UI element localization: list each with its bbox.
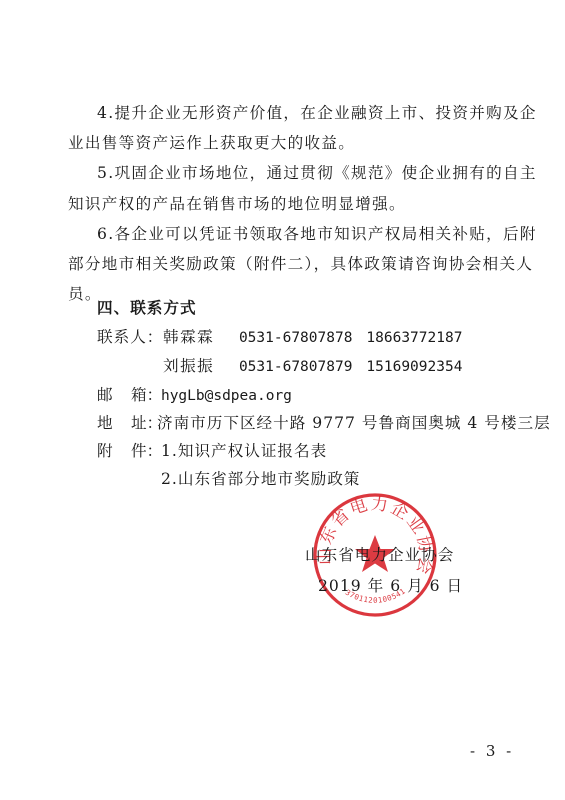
paragraph-5-line-1: 5.巩固企业市场地位，通过贯彻《规范》使企业拥有的自主 xyxy=(97,163,525,183)
contact-phone: 0531-67807878 xyxy=(239,328,353,348)
section-heading-contact: 四、联系方式 xyxy=(97,298,525,318)
email-row: 邮箱： hygLb@sdpea.org xyxy=(97,385,292,406)
contact-mobile: 18663772187 xyxy=(366,330,462,346)
attachments-label: 附件： xyxy=(97,441,155,461)
signature-date: 2019 年 6 月 6 日 xyxy=(318,574,463,596)
paragraph-6-line-2: 部分地市相关奖励政策（附件二），具体政策请咨询协会相关人 xyxy=(68,254,496,274)
email-value[interactable]: hygLb@sdpea.org xyxy=(161,388,292,404)
document-page: 4.提升企业无形资产价值，在企业融资上市、投资并购及企 业出售等资产运作上获取更… xyxy=(0,0,565,800)
paragraph-4-line-2: 业出售等资产运作上获取更大的收益。 xyxy=(68,133,496,153)
address-label: 地址： xyxy=(97,413,151,433)
paragraph-5-line-2: 知识产权的产品在销售市场的地位明显增强。 xyxy=(68,194,496,214)
address-value: 济南市历下区经十路 9777 号鲁商国奥城 4 号楼三层 xyxy=(157,414,551,432)
contacts-label: 联系人： xyxy=(97,327,157,347)
contact-name: 刘振振 xyxy=(163,356,233,376)
contact-phone: 0531-67807879 xyxy=(239,357,353,377)
contact-mobile: 15169092354 xyxy=(366,359,462,375)
paragraph-6-line-1: 6.各企业可以凭证书领取各地市知识产权局相关补贴，后附 xyxy=(97,224,525,244)
contact-row-1: 联系人： 韩霖霖 0531-67807878 18663772187 xyxy=(97,327,462,348)
attachment-item: 1.知识产权认证报名表 xyxy=(161,442,327,460)
attachment-item: 2.山东省部分地市奖励政策 xyxy=(161,470,360,488)
email-label: 邮箱： xyxy=(97,385,155,405)
attachments-row-2: 2.山东省部分地市奖励政策 xyxy=(97,469,360,489)
page-number: - 3 - xyxy=(470,742,514,760)
signature-organization: 山东省电力企业协会 xyxy=(305,543,454,565)
attachments-row: 附件： 1.知识产权认证报名表 xyxy=(97,441,327,461)
contact-row-2: 刘振振 0531-67807879 15169092354 xyxy=(97,356,462,377)
contact-name: 韩霖霖 xyxy=(163,327,233,347)
address-row: 地址： 济南市历下区经十路 9777 号鲁商国奥城 4 号楼三层 xyxy=(97,413,551,433)
paragraph-4-line-1: 4.提升企业无形资产价值，在企业融资上市、投资并购及企 xyxy=(97,103,525,123)
